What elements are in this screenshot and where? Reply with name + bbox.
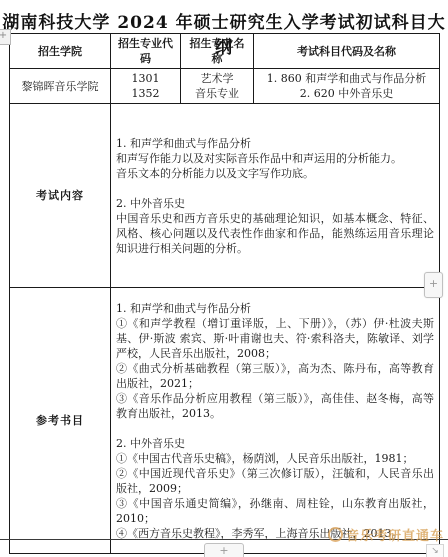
watermark-logo-icon: [328, 527, 343, 542]
college-cell: 黎锦晖音乐学院: [10, 69, 111, 104]
header-college: 招生学院: [10, 34, 111, 69]
header-major-code: 招生专业代码: [111, 34, 181, 69]
exam-subjects-cell: 1. 860 和声学和曲式与作品分析 2. 620 中外音乐史: [254, 69, 440, 104]
exam-content-label: 考试内容: [10, 104, 111, 288]
references-label: 参考书目: [10, 288, 111, 554]
header-exam-subjects: 考试科目代码及名称: [254, 34, 440, 69]
watermark: 音乐考研直通车: [328, 524, 444, 544]
major-code-cell: 1301 1352: [111, 69, 181, 104]
header-major-name: 招生专业名称: [181, 34, 254, 69]
add-row-button[interactable]: +: [424, 272, 443, 298]
watermark-text: 音乐考研直通车: [346, 525, 444, 544]
table-move-handle-icon[interactable]: +: [0, 29, 11, 45]
exam-content-row: 考试内容 1. 和声学和曲式与作品分析 和声写作能力以及对实际音乐作品中和声运用…: [10, 104, 440, 288]
references-row: 参考书目 1. 和声学和曲式与作品分析 ①《和声学教程（增订重译版，上、下册）》…: [10, 288, 440, 554]
references-text: 1. 和声学和曲式与作品分析 ①《和声学教程（增订重译版，上、下册）》，（苏）伊…: [111, 288, 440, 554]
program-row: 黎锦晖音乐学院 1301 1352 艺术学 音乐专业 1. 860 和声学和曲式…: [10, 69, 440, 104]
major-name-cell: 艺术学 音乐专业: [181, 69, 254, 104]
add-column-button[interactable]: +: [204, 543, 244, 557]
exam-content-text: 1. 和声学和曲式与作品分析 和声写作能力以及对实际音乐作品中和声运用的分析能力…: [111, 104, 440, 288]
table-resize-handle-icon[interactable]: ↘: [426, 544, 444, 557]
exam-outline-table: 招生学院 招生专业代码 招生专业名称 考试科目代码及名称 黎锦晖音乐学院 130…: [9, 33, 440, 554]
table-header-row: 招生学院 招生专业代码 招生专业名称 考试科目代码及名称: [10, 34, 440, 69]
